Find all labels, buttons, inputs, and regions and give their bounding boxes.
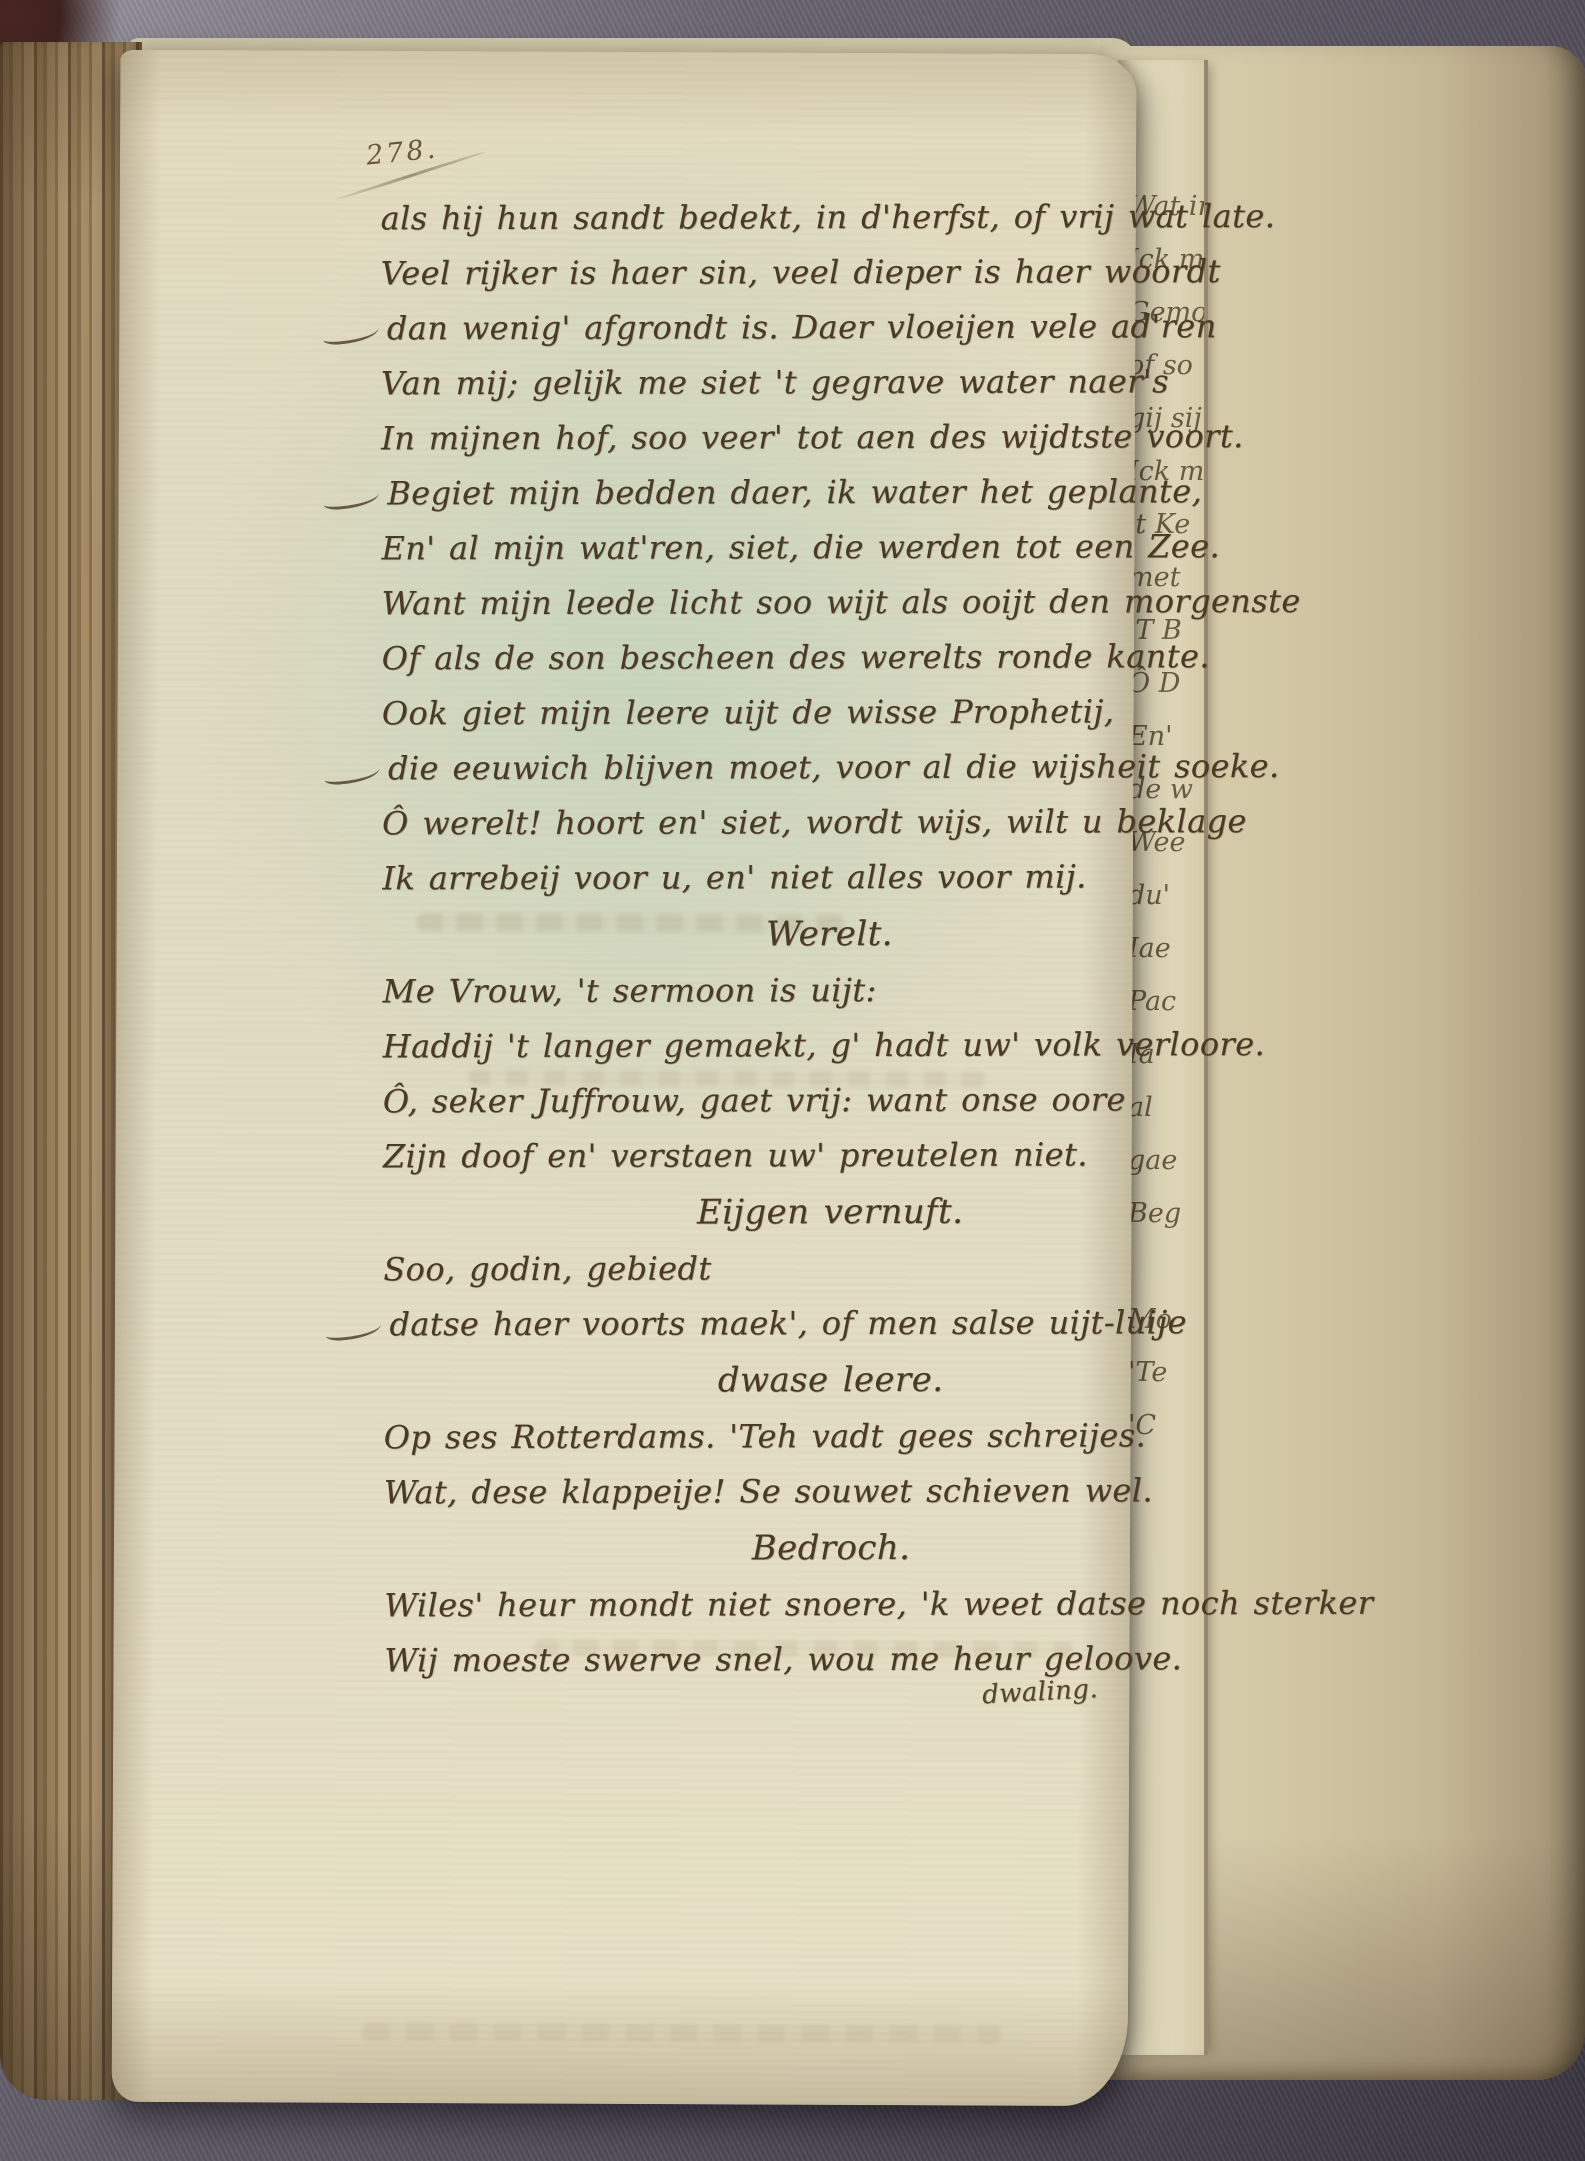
- facing-page-fragment: Beg: [1128, 1187, 1208, 1240]
- manuscript-line: Wiles' heur mondt niet snoere, 'k weet d…: [326, 1576, 1126, 1633]
- manuscript-line: Me Vrouw, 't sermoon is uijt:: [325, 962, 1125, 1019]
- page-number: 278.: [365, 133, 440, 171]
- manuscript-line: Ook giet mijn leere uijt de wisse Prophe…: [324, 684, 1124, 741]
- facing-page-fragment: [1128, 1240, 1208, 1293]
- manuscript-line: dwase leere.: [326, 1350, 1126, 1410]
- manuscript-line: In mijnen hof, soo veer' tot aen des wij…: [323, 409, 1123, 466]
- book-photo: Wat inIck meGemoof sogij sijIck m't Keme…: [0, 0, 1585, 2161]
- manuscript-line: Op ses Rotterdams. 'Teh vadt gees schrei…: [326, 1408, 1126, 1465]
- facing-page-fragment: Iae: [1128, 922, 1208, 975]
- manuscript-line: Van mij; gelijk me siet 't gegrave water…: [323, 354, 1123, 411]
- handwritten-text-block: als hij hun sandt bedekt, in d'herfst, o…: [322, 189, 1126, 1732]
- manuscript-line: Soo, godin, gebiedt: [325, 1240, 1125, 1297]
- manuscript-line: Of als de son bescheen des werelts ronde…: [324, 629, 1124, 686]
- manuscript-line: Ô, seker Juffrouw, gaet vrij: want onse …: [325, 1072, 1125, 1129]
- manuscript-line: Werelt.: [324, 904, 1124, 964]
- manuscript-line: Zijn doof en' verstaen uw' preutelen nie…: [325, 1127, 1125, 1184]
- ink-bleedthrough: [362, 2023, 1002, 2044]
- manuscript-line: dan wenig' afgrondt is. Daer vloeijen ve…: [323, 299, 1123, 356]
- manuscript-line: die eeuwich blijven moet, voor al die wi…: [324, 739, 1124, 796]
- manuscript-page: 278. als hij hun sandt bedekt, in d'herf…: [112, 50, 1137, 2106]
- manuscript-line: datse haer voorts maek', of men salse ui…: [325, 1295, 1125, 1352]
- manuscript-line: Ik arrebeij voor u, en' niet alles voor …: [324, 849, 1124, 906]
- facing-page-fragment: gae: [1128, 1134, 1208, 1187]
- facing-page-fragment: du': [1128, 869, 1208, 922]
- manuscript-line: als hij hun sandt bedekt, in d'herfst, o…: [322, 189, 1122, 246]
- manuscript-line: Bedroch.: [326, 1518, 1126, 1578]
- manuscript-line: Want mijn leede licht soo wijt als ooijt…: [324, 574, 1124, 631]
- manuscript-line: En' al mijn wat'ren, siet, die werden to…: [323, 519, 1123, 576]
- facing-page-fragment: al: [1128, 1081, 1208, 1134]
- manuscript-line: Ô werelt! hoort en' siet, wordt wijs, wi…: [324, 794, 1124, 851]
- facing-page-fragment: 'Te: [1128, 1346, 1208, 1399]
- manuscript-line: Veel rijker is haer sin, veel dieper is …: [323, 244, 1123, 301]
- manuscript-line: Eijgen vernuft.: [325, 1182, 1125, 1242]
- manuscript-line: Haddij 't langer gemaekt, g' hadt uw' vo…: [325, 1017, 1125, 1074]
- manuscript-line: Wat, dese klappeije! Se souwet schieven …: [326, 1463, 1126, 1520]
- manuscript-line: Begiet mijn bedden daer, ik water het ge…: [323, 464, 1123, 521]
